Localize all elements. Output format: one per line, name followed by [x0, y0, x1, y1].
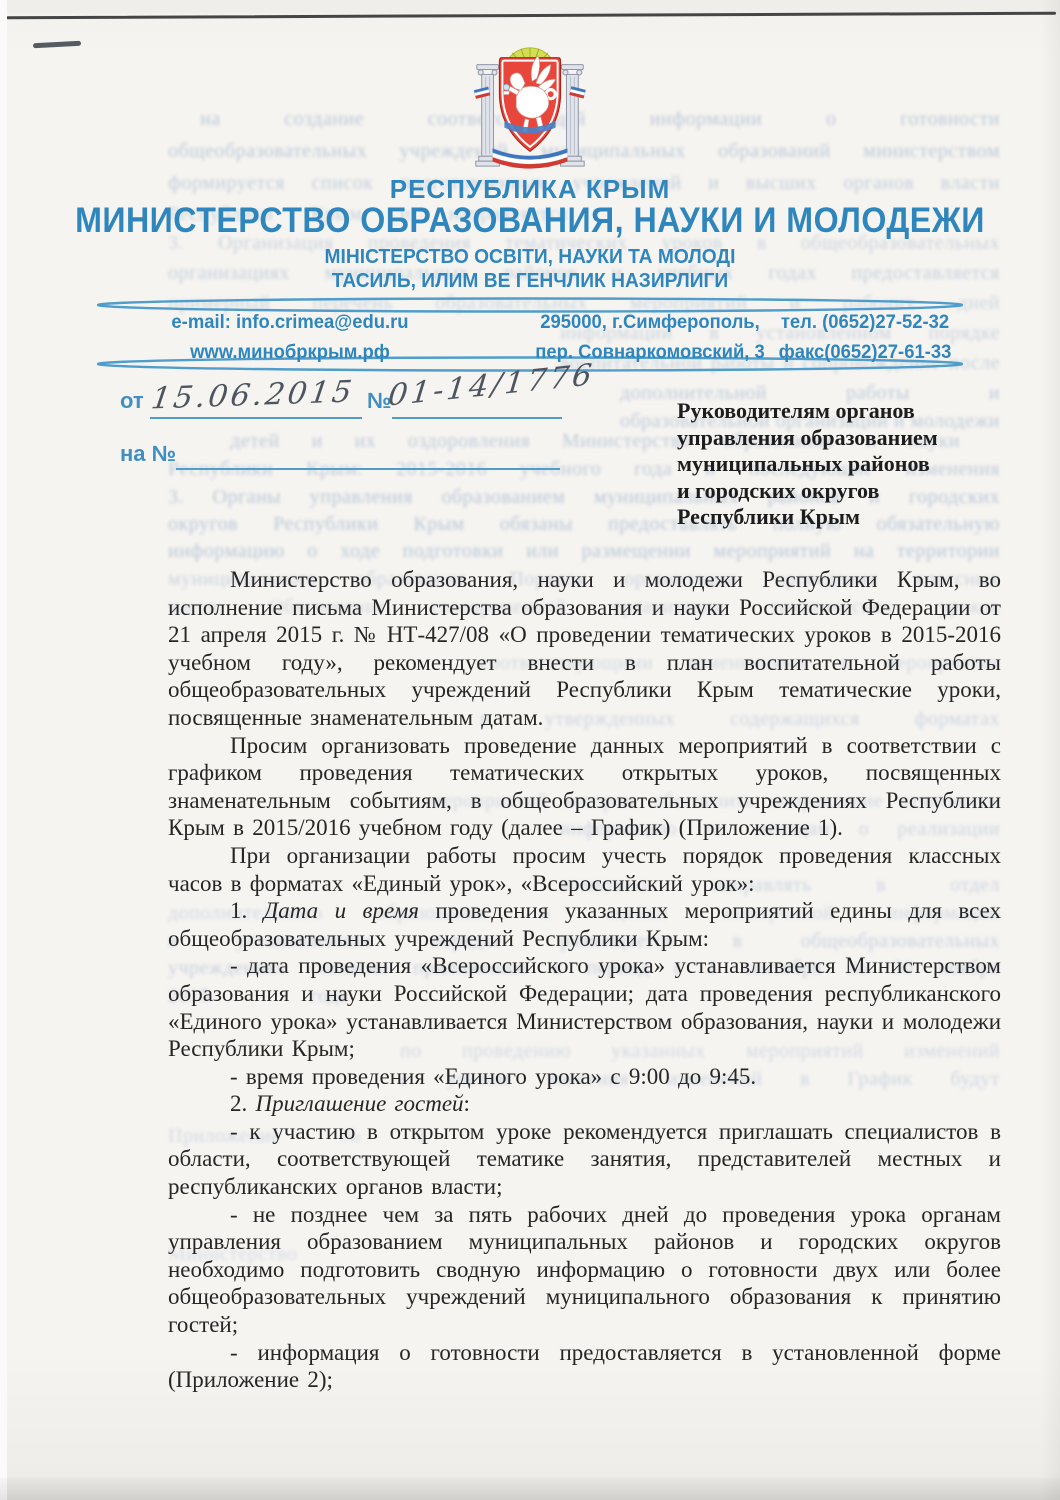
crimea-coat-of-arms-icon	[468, 36, 592, 174]
body-text: При организации работы просим учесть пор…	[168, 843, 1001, 896]
addressee-line: управления образованием	[677, 425, 977, 452]
body-paragraph: - к участию в открытом уроке рекомендует…	[168, 1118, 1001, 1201]
contact-email-web: e-mail: info.crimea@edu.ru www.минобркры…	[120, 308, 460, 368]
letterhead-ministry-uk: МІНІСТЕРСТВО ОСВІТИ, НАУКИ ТА МОЛОДІ	[21, 246, 1039, 269]
addressee-line: Руководителям органов	[677, 398, 977, 425]
body-paragraph: 1. Дата и время проведения указанных мер…	[168, 897, 1001, 952]
letterhead-ministry-crh: ТАСИЛЬ, ИЛИМ ВЕ ГЕНЧЛИК НАЗИРЛИГИ	[21, 270, 1039, 293]
body-paragraph: - время проведения «Единого урока» с 9:0…	[168, 1063, 1001, 1091]
contact-fax: факс(0652)27-61-33	[778, 338, 953, 368]
body-text: 2.	[230, 1091, 256, 1116]
body-text: - информация о готовности предоставляетс…	[168, 1340, 1001, 1393]
body-paragraph: 2. Приглашение гостей:	[168, 1090, 1001, 1118]
body-text: 1.	[230, 898, 264, 923]
bleedthrough-text: информацию о ходе подготовки или размеще…	[168, 540, 1000, 566]
body-paragraph: Просим организовать проведение данных ме…	[168, 732, 1001, 842]
body-text: Просим организовать проведение данных ме…	[168, 733, 1001, 841]
addressee-line: муниципальных районов	[677, 451, 977, 478]
contact-phone-fax: тел. (0652)27-52-32 факс(0652)27-61-33	[778, 308, 953, 368]
body-text: Министерство образования, науки и молоде…	[168, 567, 1001, 730]
body-paragraph: При организации работы просим учесть пор…	[168, 842, 1001, 897]
contact-address-1: 295000, г.Симферополь,	[534, 308, 767, 338]
body-paragraph: Министерство образования, науки и молоде…	[168, 566, 1001, 732]
body-italic-term: Дата и время	[264, 898, 419, 923]
letterhead-ministry-ru: МИНИСТЕРСТВО ОБРАЗОВАНИЯ, НАУКИ И МОЛОДЕ…	[42, 201, 1017, 241]
addressee-line: Республики Крым	[677, 504, 977, 531]
body-text: - дата проведения «Всероссийского урока»…	[168, 953, 1001, 1061]
ref-reply-line	[176, 441, 560, 470]
contact-email: e-mail: info.crimea@edu.ru	[120, 308, 460, 338]
contact-phone: тел. (0652)27-52-32	[778, 308, 953, 338]
body-paragraph: - дата проведения «Всероссийского урока»…	[168, 952, 1001, 1062]
body-paragraph: - информация о готовности предоставляетс…	[168, 1339, 1001, 1394]
body-text: - к участию в открытом уроке рекомендует…	[168, 1119, 1001, 1199]
contact-address: 295000, г.Симферополь, пер. Совнаркомовс…	[534, 308, 767, 368]
ref-from-label: от	[120, 388, 144, 414]
addressee-line: и городских округов	[677, 478, 977, 505]
body-text: :	[464, 1091, 470, 1116]
body-paragraph: - не позднее чем за пять рабочих дней до…	[168, 1201, 1001, 1339]
contact-website: www.минобркрым.рф	[120, 338, 460, 368]
letter-body: Министерство образования, науки и молоде…	[168, 566, 1001, 1394]
ref-reply-label: на №	[120, 441, 176, 467]
body-italic-term: Приглашение гостей	[256, 1091, 464, 1116]
body-text: - не позднее чем за пять рабочих дней до…	[168, 1202, 1001, 1337]
body-text: - время проведения «Единого урока» с 9:0…	[230, 1064, 756, 1089]
addressee-block: Руководителям органов управления образов…	[677, 398, 977, 531]
contact-band: e-mail: info.crimea@edu.ru www.минобркры…	[95, 296, 965, 374]
handwritten-date: 15.06.2015	[149, 374, 357, 416]
scanned-letter-page: на создание соответствующей информации о…	[0, 0, 1060, 1500]
bleedthrough-text: на создание соответствующей информации о…	[200, 108, 1000, 134]
